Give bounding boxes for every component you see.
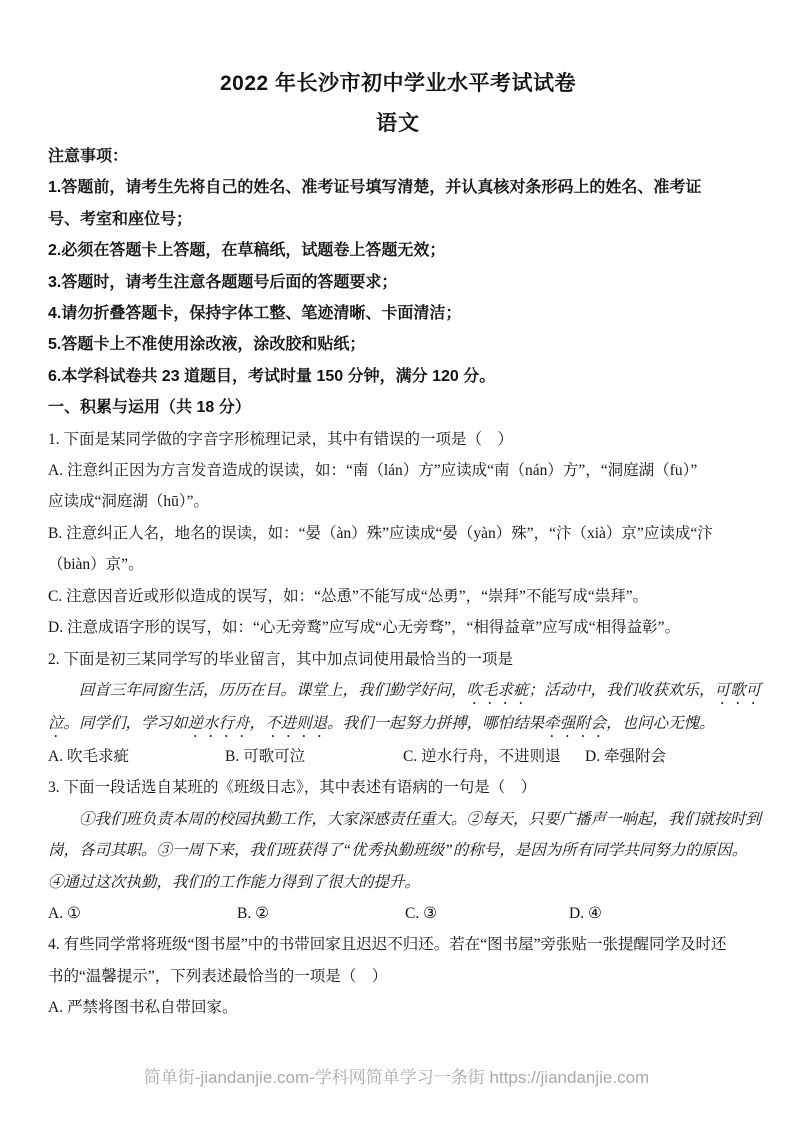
text-line: A. 注意纠正因为方言发音造成的误读，如：“南（lán）方”应读成“南（nán）… bbox=[48, 455, 748, 486]
text-line: ④通过这次执勤，我们的工作能力得到了很大的提升。 bbox=[48, 867, 748, 898]
emphasized-word: 泣 bbox=[48, 715, 64, 732]
notice-heading: 注意事项： bbox=[48, 141, 748, 172]
q4-option-a: A. 严禁将图书私自带回家。 bbox=[48, 992, 748, 1023]
q3-option-b: B. ② bbox=[237, 898, 405, 929]
notice-item-1: 1.答题前，请考生先将自己的姓名、准考证号填写清楚，并认真核对条形码上的姓名、准… bbox=[48, 172, 748, 235]
q2-option-c: C. 逆水行舟，不进则退 bbox=[403, 741, 585, 772]
subject-title: 语文 bbox=[48, 113, 748, 134]
q1-option-b: B. 注意纠正人名，地名的误读，如：“晏（àn）殊”应读成“晏（yàn）殊”，“… bbox=[48, 518, 748, 581]
text-line: （biàn）京”。 bbox=[48, 549, 748, 580]
text-segment: 回首三年同窗生活，历历在目。课堂上，我们勤学好问， bbox=[79, 682, 467, 699]
q2-stem: 2. 下面是初三某同学写的毕业留言，其中加点词使用最恰当的一项是 bbox=[48, 644, 748, 675]
document-body: 注意事项： 1.答题前，请考生先将自己的姓名、准考证号填写清楚，并认真核对条形码… bbox=[48, 141, 748, 1024]
q2-option-b: B. 可歌可泣 bbox=[225, 741, 403, 772]
text-line: 泣。同学们，学习如逆水行舟，不进则退。我们一起努力拼搏，哪怕结果牵强附会，也问心… bbox=[48, 708, 748, 741]
notice-item-5: 5.答题卡上不准使用涂改液，涂改胶和贴纸； bbox=[48, 329, 748, 360]
text-line: 应读成“洞庭湖（hū）”。 bbox=[48, 486, 748, 517]
question-2: 2. 下面是初三某同学写的毕业留言，其中加点词使用最恰当的一项是 回首三年同窗生… bbox=[48, 644, 748, 773]
q2-options-row: A. 吹毛求疵 B. 可歌可泣 C. 逆水行舟，不进则退 D. 牵强附会 bbox=[48, 741, 748, 772]
q3-option-a: A. ① bbox=[48, 898, 237, 929]
q3-option-c: C. ③ bbox=[405, 898, 569, 929]
notice-item-4: 4.请勿折叠答题卡，保持字体工整、笔迹清晰、卡面清洁； bbox=[48, 298, 748, 329]
text-line: ①我们班负责本周的校园执勤工作，大家深感责任重大。②每天，只要广播声一响起，我们… bbox=[48, 804, 748, 835]
text-segment: 。同学们，学习如 bbox=[64, 715, 188, 732]
q4-stem: 4. 有些同学常将班级“图书屋”中的书带回家且迟迟不归还。若在“图书屋”旁张贴一… bbox=[48, 929, 748, 992]
text-line: 号、考室和座位号； bbox=[48, 204, 748, 235]
q3-stem: 3. 下面一段话选自某班的《班级日志》，其中表述有语病的一句是（ ） bbox=[48, 772, 748, 803]
q3-passage: ①我们班负责本周的校园执勤工作，大家深感责任重大。②每天，只要广播声一响起，我们… bbox=[48, 804, 748, 898]
exam-paper-content: 2022 年长沙市初中学业水平考试试卷 语文 注意事项： 1.答题前，请考生先将… bbox=[0, 0, 793, 1024]
notice-item-3: 3.答题时，请考生注意各题题号后面的答题要求； bbox=[48, 267, 748, 298]
emphasized-word: 吹毛求疵 bbox=[467, 682, 529, 699]
question-3: 3. 下面一段话选自某班的《班级日志》，其中表述有语病的一句是（ ） ①我们班负… bbox=[48, 772, 748, 929]
question-4: 4. 有些同学常将班级“图书屋”中的书带回家且迟迟不归还。若在“图书屋”旁张贴一… bbox=[48, 929, 748, 1023]
q2-option-a: A. 吹毛求疵 bbox=[48, 741, 225, 772]
emphasized-word: 不进则退 bbox=[265, 715, 327, 732]
text-segment: ， bbox=[250, 715, 266, 732]
text-segment: ；活动中，我们收获欢乐， bbox=[529, 682, 715, 699]
notice-item-6: 6.本学科试卷共 23 道题目，考试时量 150 分钟，满分 120 分。 bbox=[48, 361, 748, 392]
emphasized-word: 牵强附会 bbox=[544, 715, 606, 732]
page-title: 2022 年长沙市初中学业水平考试试卷 bbox=[48, 73, 748, 94]
text-segment: 。我们一起努力拼搏，哪怕结果 bbox=[327, 715, 544, 732]
q3-options-row: A. ① B. ② C. ③ D. ④ bbox=[48, 898, 748, 929]
q1-option-a: A. 注意纠正因为方言发音造成的误读，如：“南（lán）方”应读成“南（nán）… bbox=[48, 455, 748, 518]
q1-option-c: C. 注意因音近或形似造成的误写，如：“怂恿”不能写成“怂勇”，“崇拜”不能写成… bbox=[48, 581, 748, 612]
emphasized-word: 可歌可 bbox=[715, 682, 762, 699]
text-line: 书的“温馨提示”，下列表述最恰当的一项是（ ） bbox=[48, 961, 748, 992]
exam-paper-page: 2022 年长沙市初中学业水平考试试卷 语文 注意事项： 1.答题前，请考生先将… bbox=[0, 0, 793, 1122]
text-line: 1.答题前，请考生先将自己的姓名、准考证号填写清楚，并认真核对条形码上的姓名、准… bbox=[48, 172, 748, 203]
footer-watermark: 简单街-jiandanjie.com-学科网简单学习一条街 https://ji… bbox=[0, 1066, 793, 1090]
text-line: 岗，各司其职。③一周下来，我们班获得了“优秀执勤班级”的称号，是因为所有同学共同… bbox=[48, 835, 748, 866]
text-line: 回首三年同窗生活，历历在目。课堂上，我们勤学好问，吹毛求疵；活动中，我们收获欢乐… bbox=[48, 675, 748, 708]
section-heading: 一、积累与运用（共 18 分） bbox=[48, 392, 748, 423]
q1-option-d: D. 注意成语字形的误写，如：“心无旁鹜”应写成“心无旁骛”，“相得益章”应写成… bbox=[48, 612, 748, 643]
notice-item-2: 2.必须在答题卡上答题，在草稿纸，试题卷上答题无效； bbox=[48, 235, 748, 266]
text-line: B. 注意纠正人名，地名的误读，如：“晏（àn）殊”应读成“晏（yàn）殊”，“… bbox=[48, 518, 748, 549]
q2-option-d: D. 牵强附会 bbox=[585, 741, 666, 772]
text-segment: ，也问心无愧。 bbox=[606, 715, 715, 732]
q1-stem: 1. 下面是某同学做的字音字形梳理记录，其中有错误的一项是（ ） bbox=[48, 424, 748, 455]
q2-passage: 回首三年同窗生活，历历在目。课堂上，我们勤学好问，吹毛求疵；活动中，我们收获欢乐… bbox=[48, 675, 748, 741]
emphasized-word: 逆水行舟 bbox=[188, 715, 250, 732]
question-1: 1. 下面是某同学做的字音字形梳理记录，其中有错误的一项是（ ） A. 注意纠正… bbox=[48, 424, 748, 644]
q3-option-d: D. ④ bbox=[569, 898, 602, 929]
text-line: 4. 有些同学常将班级“图书屋”中的书带回家且迟迟不归还。若在“图书屋”旁张贴一… bbox=[48, 929, 748, 960]
